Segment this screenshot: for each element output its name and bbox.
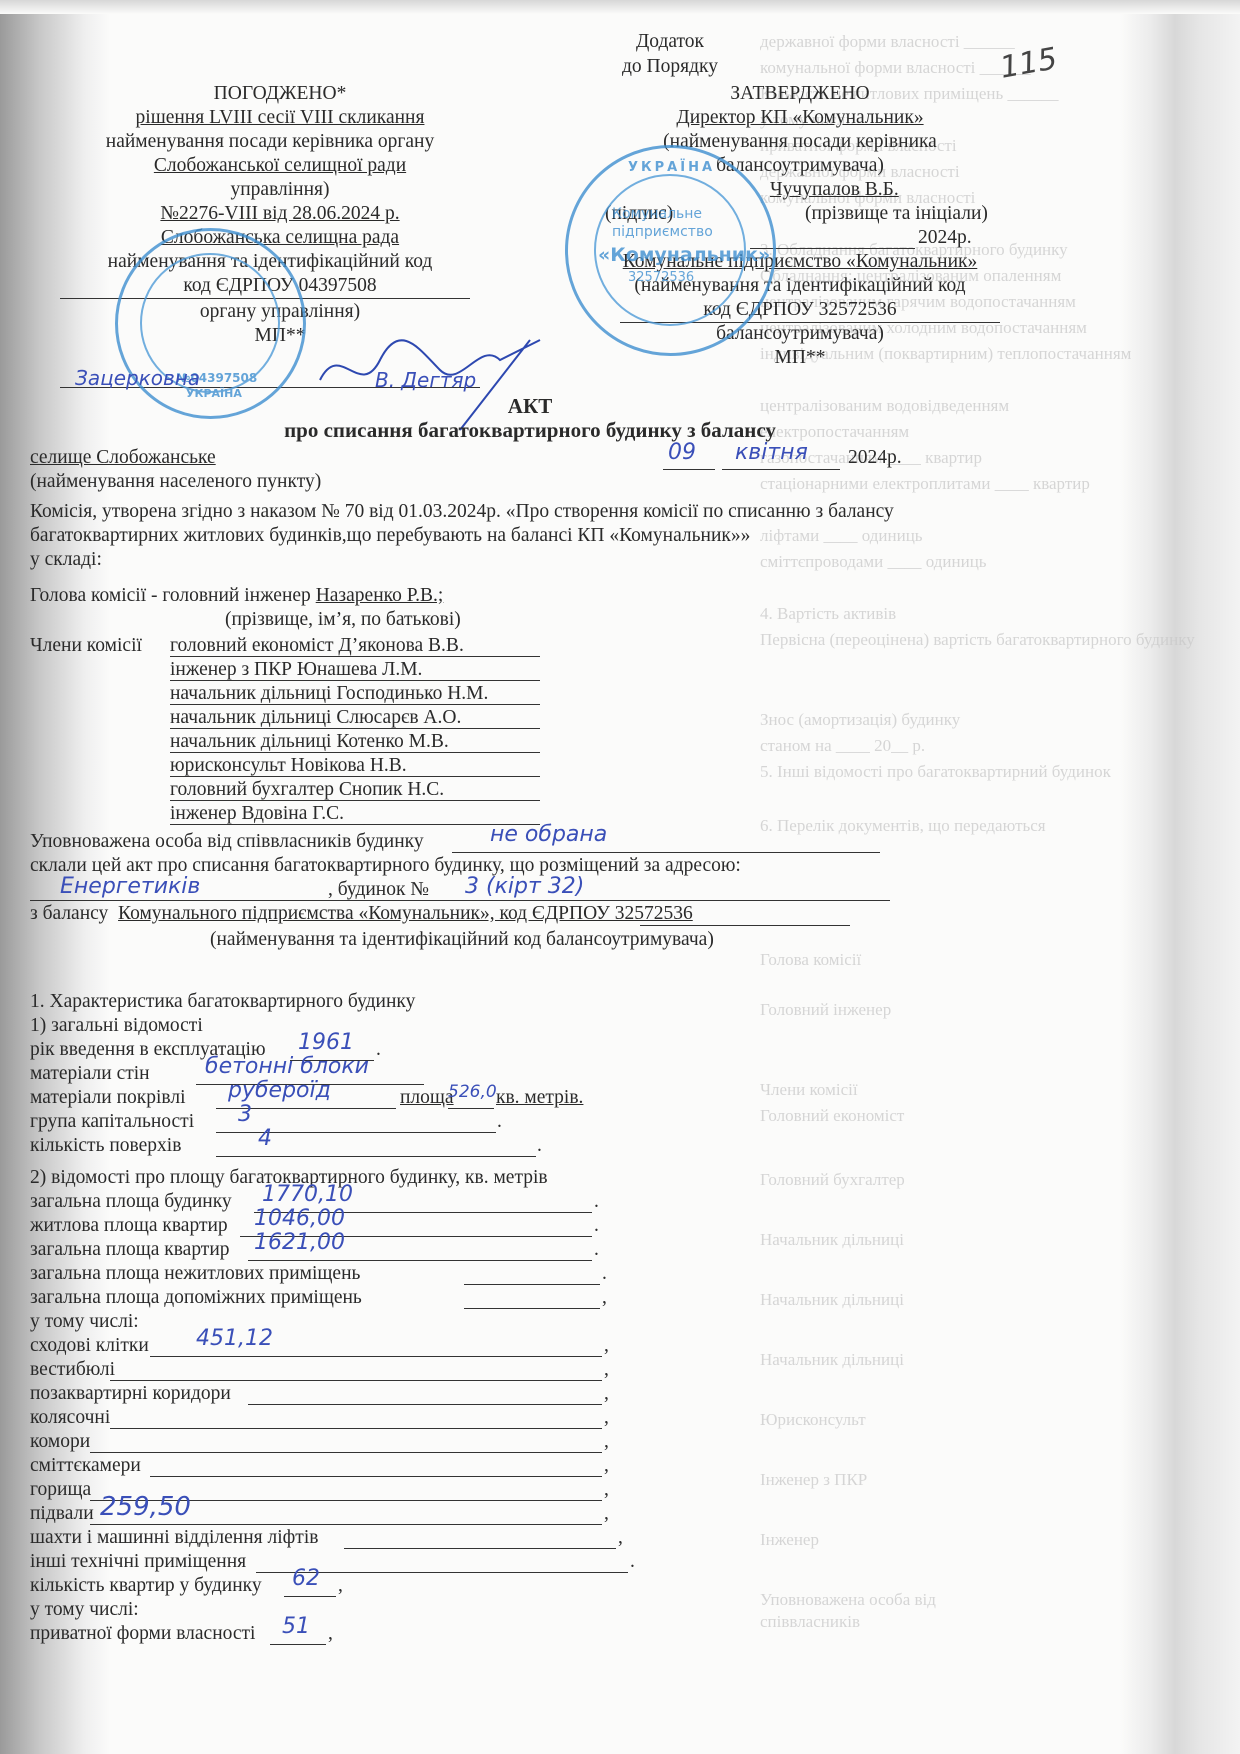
act-subtitle: про списання багатоквартирного будинку з…	[230, 418, 830, 442]
act-title: АКТ	[380, 394, 680, 418]
punct: ,	[602, 1286, 607, 1310]
aux-label: шахти і машинні відділення ліфтів	[30, 1526, 318, 1550]
aux-value: 259,50	[100, 1492, 191, 1522]
member-item: головний бухгалтер Снопик Н.С.	[170, 778, 444, 802]
appendix-line1: Додаток	[590, 30, 750, 54]
member-item: юрисконсульт Новікова Н.В.	[170, 754, 407, 778]
year-commissioned-value: 1961	[298, 1030, 354, 1055]
act-date-year: 2024р.	[848, 446, 902, 470]
aux-value: 451,12	[196, 1326, 273, 1351]
date-day-line	[663, 469, 715, 470]
punct: .	[376, 1038, 381, 1062]
punct: .	[497, 1110, 502, 1134]
including-label: у тому числі:	[30, 1310, 139, 1334]
private-line	[270, 1644, 326, 1645]
private-label: приватної форми власності	[30, 1622, 255, 1646]
agreed-council: Слобожанської селищної ради	[80, 154, 480, 178]
punct: ,	[604, 1334, 609, 1358]
agreed-org-name: Слобожанська селищна рада	[80, 226, 480, 250]
address-line	[30, 900, 890, 901]
including2-label: у тому числі:	[30, 1598, 139, 1622]
wall-material-label: матеріали стін	[30, 1062, 150, 1086]
balance-hint: (найменування та ідентифікаційний код ба…	[210, 928, 714, 952]
house-number: 3 (кірт 32)	[465, 874, 584, 899]
act-date-month: квітня	[735, 440, 808, 465]
aux-label: інші технічні приміщення	[30, 1550, 246, 1574]
appendix-line2: до Порядку	[590, 55, 750, 79]
house-label: , будинок №	[328, 878, 429, 902]
balance-line: з балансу Комунального підприємства «Ком…	[30, 902, 693, 926]
roof-area-value: 526,0	[448, 1082, 497, 1102]
approved-name: Чучупалов В.Б.	[770, 178, 899, 202]
characteristics-title: 1. Характеристика багатоквартирного буди…	[30, 990, 415, 1014]
capital-group-label: група капітальності	[30, 1110, 194, 1134]
area-value: 1621,00	[254, 1230, 345, 1255]
authorized-value: не обрана	[490, 822, 607, 847]
commission-intro-1: Комісія, утворена згідно з наказом № 70 …	[30, 500, 894, 524]
roof-area-unit: кв. метрів.	[496, 1086, 583, 1110]
punct: ,	[604, 1406, 609, 1430]
council-stamp-icon: №04397508 УКРАЇНА	[115, 228, 306, 419]
commission-head-hint: (прізвище, ім’я, по батькові)	[225, 608, 461, 632]
roof-material-value: рубероїд	[228, 1078, 331, 1103]
private-value: 51	[282, 1614, 310, 1639]
apartments-label: кількість квартир у будинку	[30, 1574, 262, 1598]
head-name: Назаренко Р.В.;	[316, 585, 444, 606]
punct: ,	[604, 1382, 609, 1406]
area-value: 1770,10	[262, 1182, 353, 1207]
balance-underline	[640, 925, 850, 926]
punct: ,	[604, 1478, 609, 1502]
apartments-value: 62	[292, 1566, 320, 1591]
agreed-number-date: №2276-VIII від 28.06.2024 р.	[80, 202, 480, 226]
commission-head: Голова комісії - головний інженер Назаре…	[30, 584, 443, 608]
punct: ,	[604, 1430, 609, 1454]
punct: .	[630, 1550, 635, 1574]
aux-label: сміттєкамери	[30, 1454, 141, 1478]
punct: ,	[604, 1358, 609, 1382]
act-date-day: 09	[668, 440, 696, 465]
aux-label: комори	[30, 1430, 90, 1454]
agreed-management: управління)	[100, 178, 460, 202]
signature-right: В. Дегтяр	[375, 368, 476, 392]
agreed-post-label: найменування посади керівника органу	[60, 130, 480, 154]
balance-prefix: з балансу	[30, 903, 108, 924]
aux-label: горища	[30, 1478, 91, 1502]
punct: ,	[618, 1526, 623, 1550]
area-label: загальна площа нежитлових приміщень	[30, 1262, 360, 1286]
punct: .	[594, 1238, 599, 1262]
authorized-label: Уповноважена особа від співвласників буд…	[30, 830, 424, 854]
agreed-title: ПОГОДЖЕНО*	[100, 82, 460, 106]
punct: ,	[328, 1622, 333, 1646]
area-label: житлова площа квартир	[30, 1214, 228, 1238]
approved-year: 2024р.	[918, 226, 972, 250]
punct: .	[594, 1214, 599, 1238]
signature-left: Зацерковна	[75, 366, 200, 390]
aux-label: позаквартирні коридори	[30, 1382, 231, 1406]
area-label: загальна площа будинку	[30, 1190, 232, 1214]
punct: .	[602, 1262, 607, 1286]
aux-label: сходові клітки	[30, 1334, 149, 1358]
head-label: Голова комісії - головний інженер	[30, 585, 316, 606]
aux-label: підвали	[30, 1502, 94, 1526]
date-month-line	[722, 469, 840, 470]
scan-edge	[0, 0, 1240, 14]
roof-area-label: площа	[400, 1086, 454, 1110]
area-value: 1046,00	[254, 1206, 345, 1231]
agreed-decision: рішення LVIII сесії VIII скликання	[100, 106, 460, 130]
area-label: загальна площа допоміжних приміщень	[30, 1286, 362, 1310]
aux-label: колясочні	[30, 1406, 110, 1430]
member-item: інженер Вдовіна Г.С.	[170, 802, 344, 826]
floors-label: кількість поверхів	[30, 1134, 181, 1158]
member-item: начальник дільниці Господинько Н.М.	[170, 682, 488, 706]
capital-group-value: 3	[238, 1102, 252, 1127]
commission-intro-3: у складі:	[30, 548, 102, 572]
member-item: начальник дільниці Слюсарєв А.О.	[170, 706, 461, 730]
apartments-line	[284, 1596, 336, 1597]
aux-label: вестибюлі	[30, 1358, 115, 1382]
authorized-line	[452, 852, 880, 853]
punct: .	[537, 1134, 542, 1158]
punct: ,	[604, 1454, 609, 1478]
approved-post: Директор КП «Комунальник»	[640, 106, 960, 130]
approved-title: ЗАТВЕРДЖЕНО	[650, 82, 950, 106]
punct: ,	[338, 1574, 343, 1598]
company-stamp-icon: УКРАЇНА Комунальне підприємство «Комунал…	[565, 145, 776, 356]
address-street: Енергетиків	[60, 874, 200, 899]
punct: .	[594, 1190, 599, 1214]
wall-material-value: бетонні блоки	[205, 1054, 369, 1079]
punct: ,	[604, 1502, 609, 1526]
approved-name-label: (прізвище та ініціали)	[805, 202, 988, 226]
floors-value: 4	[258, 1126, 272, 1151]
act-settlement-label: (найменування населеного пункту)	[30, 470, 321, 494]
member-item: головний економіст Д’яконова В.В.	[170, 634, 464, 658]
roof-material-label: матеріали покрівлі	[30, 1086, 186, 1110]
area-label: загальна площа квартир	[30, 1238, 230, 1262]
member-item: начальник дільниці Котенко М.В.	[170, 730, 449, 754]
balance-org: Комунального підприємства «Комунальник»,…	[118, 903, 693, 924]
commission-intro-2: багатоквартирних житлових будинків,що пе…	[30, 524, 750, 548]
commission-members-label: Члени комісії	[30, 634, 142, 658]
member-item: інженер з ПКР Юнашева Л.М.	[170, 658, 422, 682]
general-info-title: 1) загальні відомості	[30, 1014, 203, 1038]
act-settlement: селище Слобожанське	[30, 446, 216, 470]
